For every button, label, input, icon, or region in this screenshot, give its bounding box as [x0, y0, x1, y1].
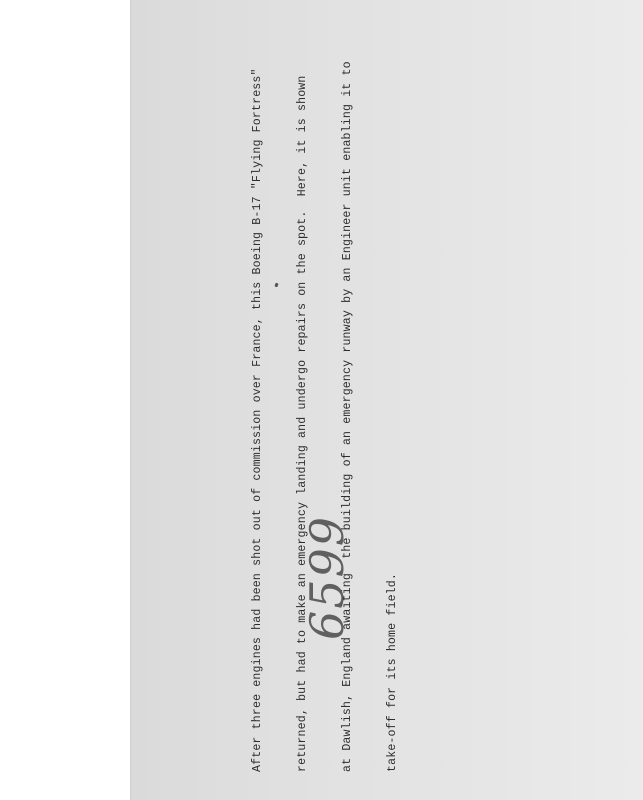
caption-line-4: take-off for its home field.	[385, 62, 400, 772]
caption-line-2: returned, but had to make an emergency l…	[295, 62, 310, 772]
caption-line-1: After three engines had been shot out of…	[250, 62, 265, 772]
handwritten-catalog-number: 6599	[300, 515, 354, 640]
caption-line-3: at Dawlish, England awaiting the buildin…	[340, 62, 355, 772]
typewritten-caption: After three engines had been shot out of…	[220, 62, 415, 772]
